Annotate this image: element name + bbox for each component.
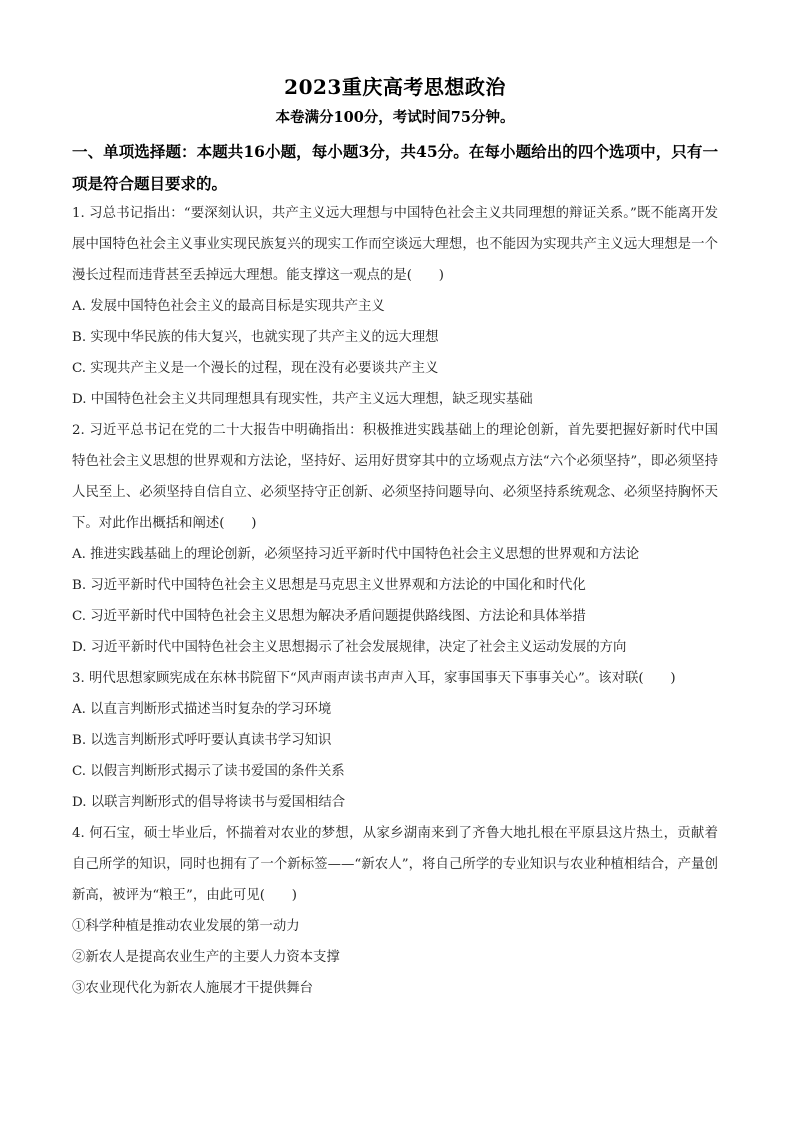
exam-info: 本卷满分100分，考试时间75分钟。 bbox=[72, 107, 718, 129]
question-4: 4. 何石宝，硕士毕业后，怀揣着对农业的梦想，从家乡湖南来到了齐鲁大地扎根在平原… bbox=[72, 818, 718, 1004]
option-d: D. 习近平新时代中国特色社会主义思想揭示了社会发展规律，决定了社会主义运动发展… bbox=[72, 632, 718, 663]
option-c: C. 以假言判断形式揭示了读书爱国的条件关系 bbox=[72, 756, 718, 787]
option-d: D. 以联言判断形式的倡导将读书与爱国相结合 bbox=[72, 787, 718, 818]
option-b: B. 以选言判断形式呼吁要认真读书学习知识 bbox=[72, 725, 718, 756]
question-1: 1. 习总书记指出：“要深刻认识，共产主义远大理想与中国特色社会主义共同理想的辩… bbox=[72, 198, 718, 415]
option-a: A. 以直言判断形式描述当时复杂的学习环境 bbox=[72, 694, 718, 725]
question-stem: 3. 明代思想家顾宪成在东林书院留下“风声雨声读书声声入耳，家事国事天下事事关心… bbox=[72, 663, 718, 694]
option-c: C. 习近平新时代中国特色社会主义思想为解决矛盾问题提供路线图、方法论和具体举措 bbox=[72, 601, 718, 632]
section-header: 一、单项选择题：本题共16小题，每小题3分，共45分。在每小题给出的四个选项中，… bbox=[72, 136, 718, 200]
question-list: 1. 习总书记指出：“要深刻认识，共产主义远大理想与中国特色社会主义共同理想的辩… bbox=[72, 198, 718, 1004]
option-d: D. 中国特色社会主义共同理想具有现实性，共产主义远大理想，缺乏现实基础 bbox=[72, 384, 718, 415]
document-title: 2023重庆高考思想政治 bbox=[72, 73, 718, 101]
question-stem: 1. 习总书记指出：“要深刻认识，共产主义远大理想与中国特色社会主义共同理想的辩… bbox=[72, 198, 718, 291]
option-b: B. 实现中华民族的伟大复兴，也就实现了共产主义的远大理想 bbox=[72, 322, 718, 353]
question-stem: 2. 习近平总书记在党的二十大报告中明确指出：积极推进实践基础上的理论创新，首先… bbox=[72, 415, 718, 539]
statement-2: ②新农人是提高农业生产的主要人力资本支撑 bbox=[72, 942, 718, 973]
option-a: A. 发展中国特色社会主义的最高目标是实现共产主义 bbox=[72, 291, 718, 322]
statement-1: ①科学种植是推动农业发展的第一动力 bbox=[72, 911, 718, 942]
option-c: C. 实现共产主义是一个漫长的过程，现在没有必要谈共产主义 bbox=[72, 353, 718, 384]
option-a: A. 推进实践基础上的理论创新，必须坚持习近平新时代中国特色社会主义思想的世界观… bbox=[72, 539, 718, 570]
option-b: B. 习近平新时代中国特色社会主义思想是马克思主义世界观和方法论的中国化和时代化 bbox=[72, 570, 718, 601]
statement-3: ③农业现代化为新农人施展才干提供舞台 bbox=[72, 973, 718, 1004]
question-stem: 4. 何石宝，硕士毕业后，怀揣着对农业的梦想，从家乡湖南来到了齐鲁大地扎根在平原… bbox=[72, 818, 718, 911]
question-2: 2. 习近平总书记在党的二十大报告中明确指出：积极推进实践基础上的理论创新，首先… bbox=[72, 415, 718, 663]
question-3: 3. 明代思想家顾宪成在东林书院留下“风声雨声读书声声入耳，家事国事天下事事关心… bbox=[72, 663, 718, 818]
